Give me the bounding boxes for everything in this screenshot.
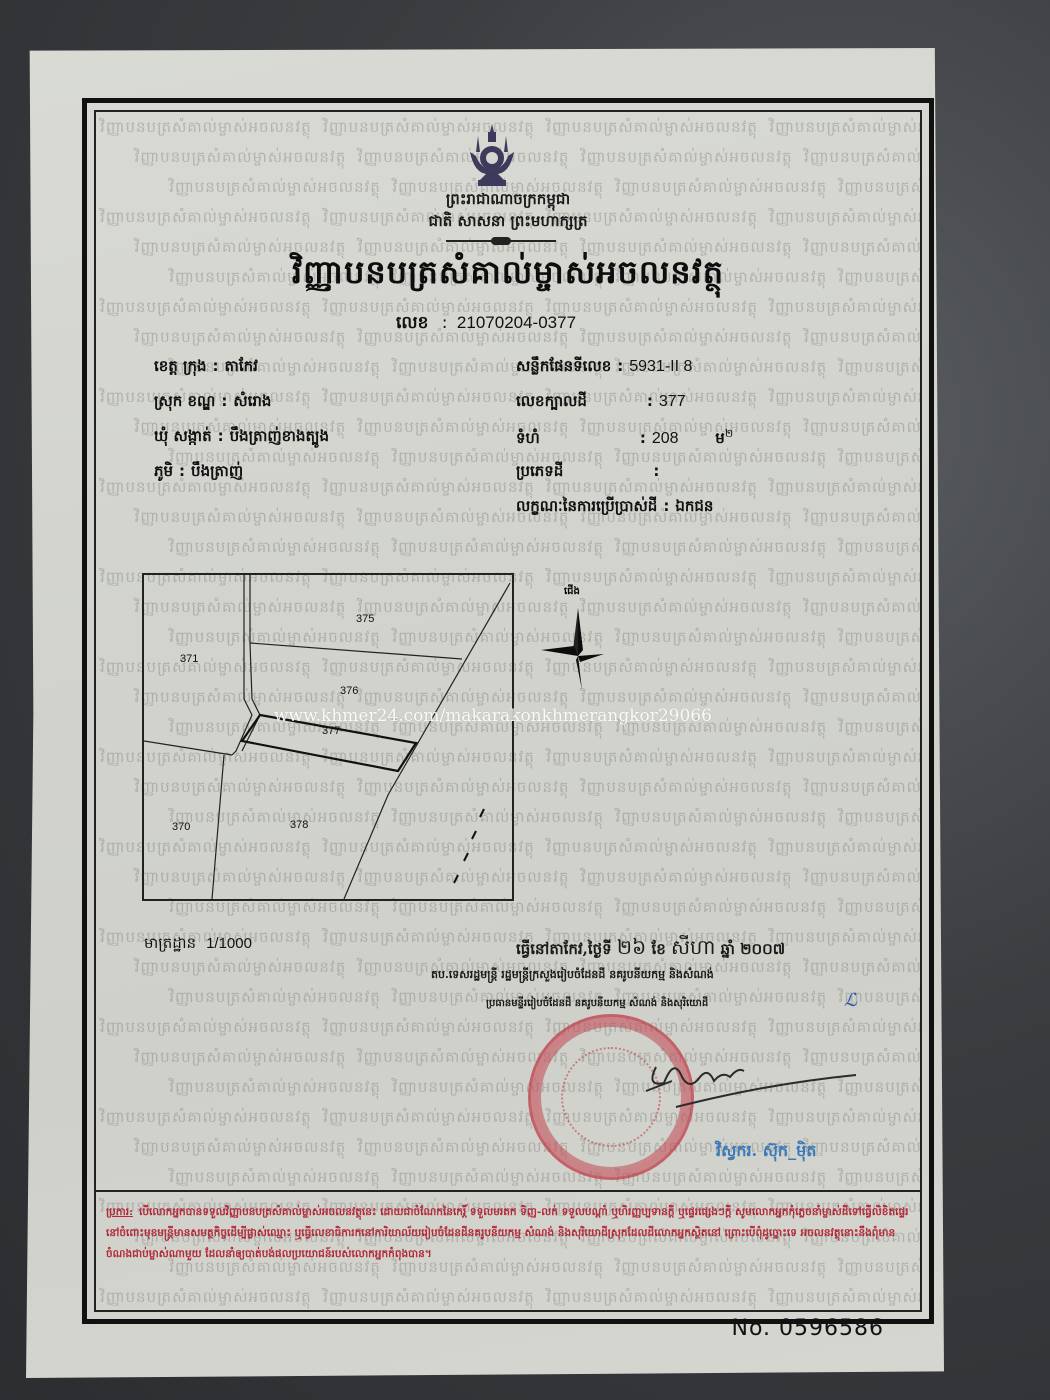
ornamental-divider <box>446 240 556 242</box>
map-scale: មាត្រដ្ឋាន1/1000 <box>144 934 252 956</box>
area-unit: ម <box>715 429 725 447</box>
document-title: វិញ្ញាបនបត្រសំគាល់ម្ចាស់អចលនវត្ថុ <box>96 252 920 299</box>
parcel-number-value: 377 <box>659 393 686 410</box>
map-sheet-field: សន្លឹកផែនទីលេខ:5931-II 8 <box>516 357 692 379</box>
area-value: 208 <box>652 430 679 447</box>
area-label: ទំហំ <box>516 429 540 447</box>
notice-heading: ប្រការ: <box>106 1206 133 1218</box>
issuance-date: ធ្វើនៅតាកែវ,ថ្ងៃទី ២៦ ខែ សីហា ឆ្នាំ ២០០៧ <box>516 934 785 964</box>
issuance-year: ២០០៧ <box>740 940 785 958</box>
land-use-label: លក្ខណៈនៃការប្រើប្រាស់ដី <box>516 497 657 515</box>
commune-field: ឃុំ សង្កាត់:បឹងត្រាញ់ខាងត្បូង <box>154 427 329 449</box>
certificate-number: លេខ : 21070204-0377 <box>396 312 576 337</box>
parcel-label: 371 <box>180 653 198 665</box>
kingdom-name: ព្រះរាជាណាចក្រកម្ពុជា <box>96 190 920 212</box>
official-signature <box>616 1047 876 1127</box>
parcel-boundaries <box>144 575 512 899</box>
certificate-number-value: 21070204-0377 <box>457 313 576 332</box>
parcel-label-highlighted: 377 <box>322 725 340 737</box>
north-arrow: ជើង <box>536 590 606 690</box>
parcel-label: 370 <box>172 821 190 833</box>
province-value: តាកែវ <box>225 357 258 375</box>
north-label: ជើង <box>564 584 580 599</box>
issuance-month: សីហា <box>671 935 715 959</box>
handwritten-initial: ℒ <box>844 990 857 1011</box>
land-type-label: ប្រភេទដី <box>516 462 563 480</box>
royal-coat-of-arms-icon <box>466 122 518 192</box>
commune-label: ឃុំ សង្កាត់ <box>154 427 212 445</box>
map-sheet-label: សន្លឹកផែនទីលេខ <box>516 357 611 375</box>
month-label: ខែ <box>651 940 665 958</box>
issuance-day: ២៦ <box>617 935 646 959</box>
province-field: ខេត្ត ក្រុង:តាកែវ <box>154 357 258 379</box>
village-value: បឹងត្រាញ់ <box>191 462 243 480</box>
scale-value: 1/1000 <box>206 935 252 952</box>
village-field: ភូមិ:បឹងត្រាញ់ <box>154 462 243 484</box>
signer-name-stamp: វិស្វករ. ស៊ុក_ម៉ិត <box>716 1140 816 1164</box>
national-motto: ជាតិ សាសនា ព្រះមហាក្សត្រ <box>96 212 920 234</box>
land-use-field: លក្ខណៈនៃការប្រើប្រាស់ដី:ឯកជន <box>516 497 713 519</box>
district-value: សំរោង <box>233 392 271 410</box>
serial-number: No. 0596586 <box>732 1316 885 1341</box>
website-watermark: www.khmer24.com/makarakonkhmerangkor2906… <box>274 706 712 726</box>
land-use-value: ឯកជន <box>675 497 713 515</box>
area-unit-superscript: ២ <box>725 427 733 440</box>
issuing-department: ប្រធានមន្ទីររៀបចំដែនដី នគរូបនីយកម្ម សំណង… <box>486 996 708 1011</box>
notice-body: បើលោកអ្នកបានទទួលវិញ្ញាបនបត្រសំគាល់ម្ចាស់… <box>106 1206 908 1260</box>
commune-value: បឹងត្រាញ់ខាងត្បូង <box>230 427 329 445</box>
area-field: ទំហំ:208 ម២ <box>516 427 733 451</box>
certificate-number-label: លេខ <box>396 313 428 333</box>
land-type-field: ប្រភេទដី: <box>516 462 665 484</box>
map-sheet-value: 5931-II 8 <box>629 358 692 375</box>
parcel-label: 376 <box>340 685 358 697</box>
village-label: ភូមិ <box>154 462 173 480</box>
parcel-label: 375 <box>356 613 374 625</box>
district-label: ស្រុក ខណ្ឌ <box>154 392 215 410</box>
issuance-place: ធ្វើនៅតាកែវ,ថ្ងៃទី <box>516 940 612 958</box>
parcel-number-field: លេខក្បាលដី:377 <box>516 392 686 414</box>
year-label: ឆ្នាំ <box>721 940 735 958</box>
north-arrow-icon <box>536 598 606 698</box>
cadastral-map: 375 371 376 377 370 378 <box>142 573 514 901</box>
parcel-number-label: លេខក្បាលដី <box>516 392 587 410</box>
district-field: ស្រុក ខណ្ឌ:សំរោង <box>154 392 271 414</box>
province-label: ខេត្ត ក្រុង <box>154 357 207 375</box>
notice-section: ប្រការ:បើលោកអ្នកបានទទួលវិញ្ញាបនបត្រសំគាល… <box>96 1190 920 1308</box>
scale-label: មាត្រដ្ឋាន <box>144 934 196 952</box>
parcel-label: 378 <box>290 819 308 831</box>
notice-text: ប្រការ:បើលោកអ្នកបានទទួលវិញ្ញាបនបត្រសំគាល… <box>106 1202 910 1265</box>
certificate-number-separator: : <box>442 313 448 333</box>
issuing-authority: តប.ទេសរដ្ឋមន្ត្រី រដ្ឋមន្ត្រីក្រសួងរៀបចំ… <box>431 968 714 984</box>
